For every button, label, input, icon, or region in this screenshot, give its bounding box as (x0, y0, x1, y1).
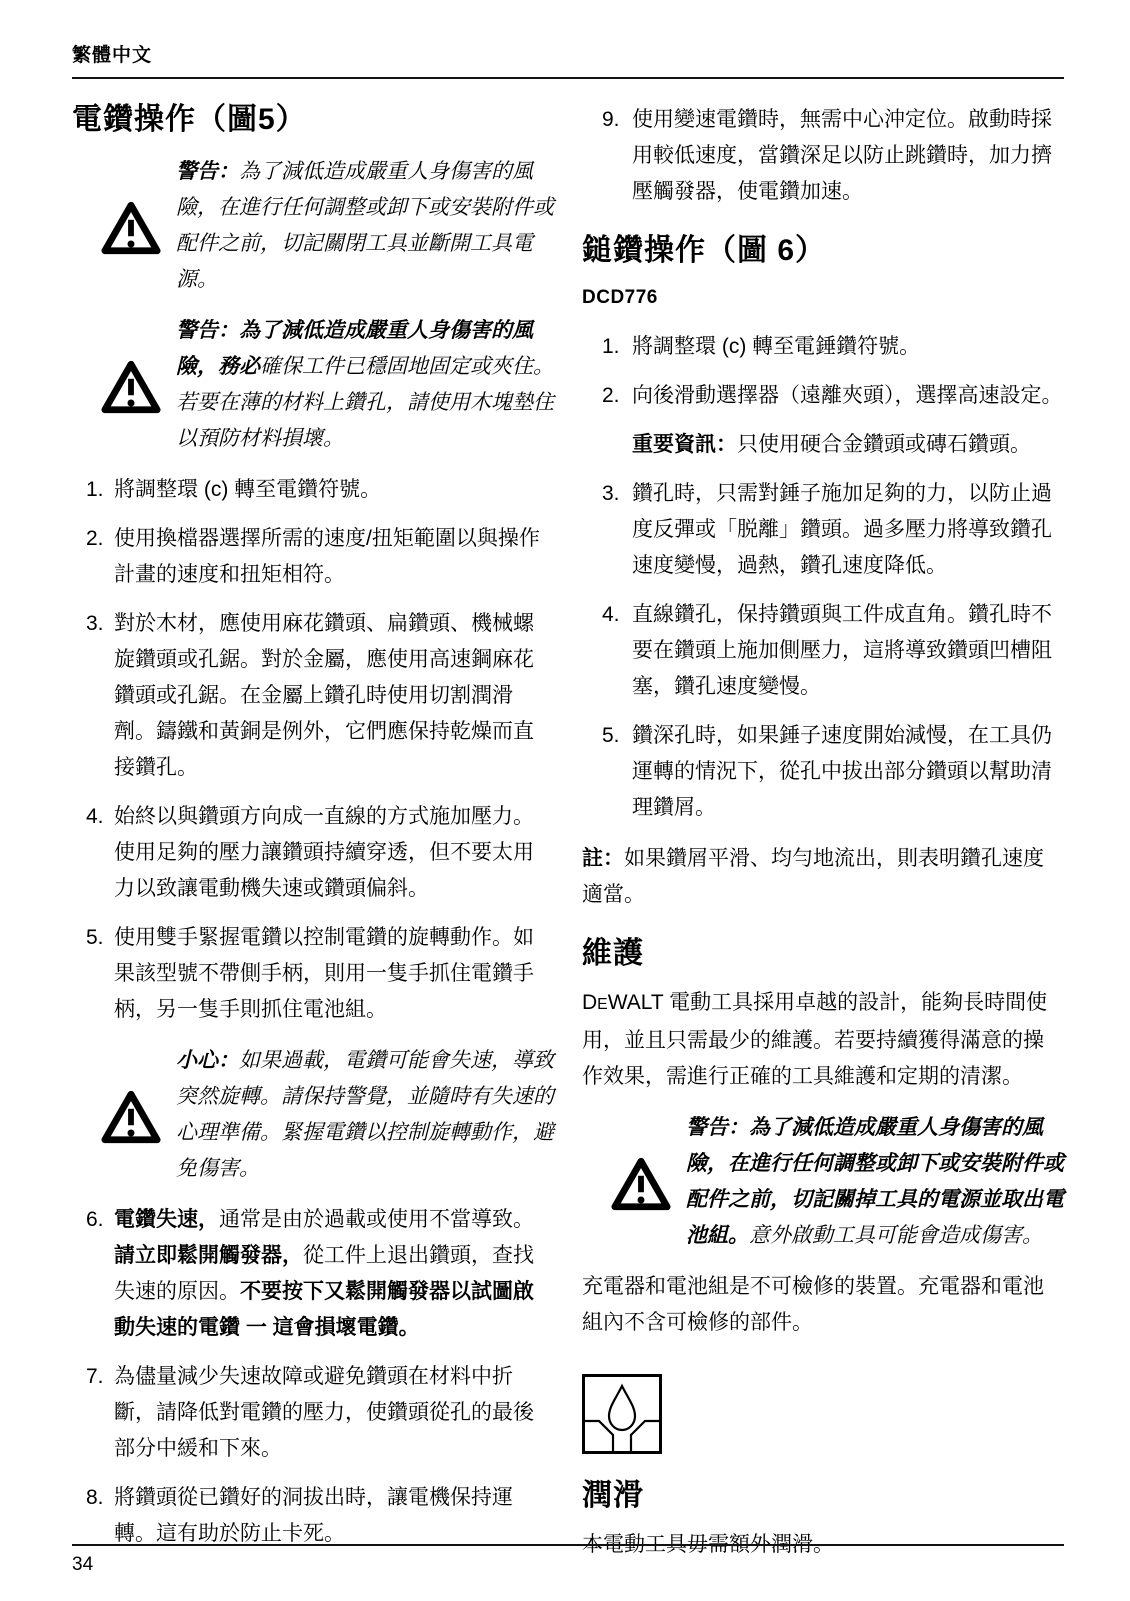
list-text: 對於木材，應使用麻花鑽頭、扁鑽頭、機械螺旋鑽頭或孔鋸。對於金屬，應使用高速鋼麻花… (114, 606, 554, 786)
brand-letters: WALT (608, 991, 664, 1014)
important-label: 重要資訊： (632, 433, 737, 456)
warning-block: 警告：為了減低造成嚴重人身傷害的風險，在進行任何調整或卸下或安裝附件或配件之前，… (610, 1110, 1064, 1254)
list-number: 1. (602, 329, 632, 365)
list-number: 1. (86, 472, 114, 508)
list-item: 1. 將調整環 (c) 轉至電錘鑽符號。 (582, 329, 1064, 365)
list-item: 2. 向後滑動選擇器（遠離夾頭），選擇高速設定。 (582, 378, 1064, 414)
language-header: 繁體中文 (72, 0, 1064, 67)
list-number: 3. (602, 476, 632, 584)
list-text: 鑽深孔時，如果錘子速度開始減慢，在工具仍運轉的情況下，從孔中拔出部分鑽頭以幫助清… (632, 718, 1064, 826)
list-text: 使用換檔器選擇所需的速度/扭矩範圍以與操作計畫的速度和扭矩相符。 (114, 521, 554, 593)
two-column-layout: 電鑽操作（圖5） 警告：為了減低造成嚴重人身傷害的風險，在進行任何調整或卸下或安… (72, 93, 1064, 1563)
maintenance-intro: DEWALT 電動工具採用卓越的設計，能夠長時間使用，並且只需最少的維護。若要持… (582, 985, 1064, 1095)
list-number: 2. (86, 521, 114, 593)
list-text: 為儘量減少失速故障或避免鑽頭在材料中折斷，請降低對電鑽的壓力，使鑽頭從孔的最後部… (114, 1359, 554, 1467)
section-heading-hammer-operation: 鎚鑽操作（圖 6） (582, 232, 1064, 270)
list-text: 使用變速電鑽時，無需中心沖定位。啟動時採用較低速度，當鑽深足以防止跳鑽時，加力擠… (632, 102, 1064, 210)
list-text: 電鑽失速，通常是由於過載或使用不當導致。請立即鬆開觸發器，從工件上退出鑽頭，查找… (114, 1202, 554, 1346)
warning-text: 警告：為了減低造成嚴重人身傷害的風險，在進行任何調整或卸下或安裝附件或配件之前，… (686, 1110, 1064, 1254)
brand-letter-smallcap: E (597, 996, 608, 1013)
list-item: 6. 電鑽失速，通常是由於過載或使用不當導致。請立即鬆開觸發器，從工件上退出鑽頭… (72, 1202, 554, 1346)
list-number: 7. (86, 1359, 114, 1467)
section-heading-lubrication: 潤滑 (582, 1477, 1064, 1515)
warning-triangle-icon (100, 159, 162, 298)
list-item: 3. 對於木材，應使用麻花鑽頭、扁鑽頭、機械螺旋鑽頭或孔鋸。對於金屬，應使用高速… (72, 606, 554, 786)
list-text: 向後滑動選擇器（遠離夾頭），選擇高速設定。 (632, 378, 1064, 414)
list-text: 使用雙手緊握電鑽以控制電鑽的旋轉動作。如果該型號不帶側手柄，則用一隻手抓住電鑽手… (114, 920, 554, 1028)
warning-triangle-icon (100, 318, 162, 457)
brand-name: DEWALT (582, 991, 663, 1014)
note-paragraph: 註：如果鑽屑平滑、均勻地流出，則表明鑽孔速度適當。 (582, 841, 1064, 913)
footer-rule (72, 1544, 1064, 1546)
warning-text: 警告：為了減低造成嚴重人身傷害的風險，務必確保工件已穩固地固定或夾住。若要在薄的… (176, 313, 554, 457)
emphasis-text: 請立即鬆開觸發器， (114, 1244, 303, 1267)
list-item: 3. 鑽孔時，只需對錘子施加足夠的力，以防止過度反彈或「脱離」鑽頭。過多壓力將導… (582, 476, 1064, 584)
list-item: 9. 使用變速電鑽時，無需中心沖定位。啟動時採用較低速度，當鑽深足以防止跳鑽時，… (582, 102, 1064, 210)
list-text: 將調整環 (c) 轉至電錘鑽符號。 (632, 329, 1064, 365)
list-text: 鑽孔時，只需對錘子施加足夠的力，以防止過度反彈或「脱離」鑽頭。過多壓力將導致鑽孔… (632, 476, 1064, 584)
page-number: 34 (72, 1554, 1064, 1576)
list-number: 2. (602, 378, 632, 414)
warning-label: 警告： (176, 160, 239, 183)
warning-block: 警告：為了減低造成嚴重人身傷害的風險，在進行任何調整或卸下或安裝附件或配件之前，… (100, 154, 554, 298)
note-body: 如果鑽屑平滑、均勻地流出，則表明鑽孔速度適當。 (582, 847, 1044, 906)
page-footer: 34 (72, 1534, 1064, 1576)
page-content: 繁體中文 電鑽操作（圖5） 警告：為了減低造成嚴重人身傷害的風險，在進行任何調整… (72, 0, 1064, 1563)
list-item: 1. 將調整環 (c) 轉至電鑽符號。 (72, 472, 554, 508)
emphasis-text: 電鑽失速， (114, 1208, 219, 1231)
list-item: 4. 直線鑽孔，保持鑽頭與工件成直角。鑽孔時不要在鑽頭上施加側壓力，這將導致鑽頭… (582, 597, 1064, 705)
list-item: 5. 鑽深孔時，如果錘子速度開始減慢，在工具仍運轉的情況下，從孔中拔出部分鑽頭以… (582, 718, 1064, 826)
important-body: 只使用硬合金鑽頭或磚石鑽頭。 (737, 433, 1031, 456)
list-text: 始終以與鑽頭方向成一直線的方式施加壓力。使用足夠的壓力讓鑽頭持續穿透，但不要太用… (114, 799, 554, 907)
caution-label: 小心： (176, 1049, 239, 1072)
list-item: 5. 使用雙手緊握電鑽以控制電鑽的旋轉動作。如果該型號不帶側手柄，則用一隻手抓住… (72, 920, 554, 1028)
list-text: 直線鑽孔，保持鑽頭與工件成直角。鑽孔時不要在鑽頭上施加側壓力，這將導致鑽頭凹槽阻… (632, 597, 1064, 705)
list-number: 5. (602, 718, 632, 826)
list-number: 6. (86, 1202, 114, 1346)
charger-note: 充電器和電池組是不可檢修的裝置。充電器和電池組內不含可檢修的部件。 (582, 1269, 1064, 1341)
list-item: 4. 始終以與鑽頭方向成一直線的方式施加壓力。使用足夠的壓力讓鑽頭持續穿透，但不… (72, 799, 554, 907)
caution-block: 小心：如果過載，電鑽可能會失速，導致突然旋轉。請保持警覺，並隨時有失速的心理準備… (100, 1043, 554, 1187)
list-number: 4. (86, 799, 114, 907)
warning-block: 警告：為了減低造成嚴重人身傷害的風險，務必確保工件已穩固地固定或夾住。若要在薄的… (100, 313, 554, 457)
section-heading-maintenance: 維護 (582, 935, 1064, 973)
list-item: 2. 使用換檔器選擇所需的速度/扭矩範圍以與操作計畫的速度和扭矩相符。 (72, 521, 554, 593)
caution-text: 小心：如果過載，電鑽可能會失速，導致突然旋轉。請保持警覺，並隨時有失速的心理準備… (176, 1043, 554, 1187)
warning-triangle-icon (100, 1048, 162, 1187)
body-text: 通常是由於過載或使用不當導致。 (219, 1208, 534, 1231)
list-number: 4. (602, 597, 632, 705)
list-number: 9. (602, 102, 632, 210)
warning-body: 意外啟動工具可能會造成傷害。 (749, 1224, 1043, 1247)
warning-triangle-icon (610, 1115, 672, 1254)
right-column: 9. 使用變速電鑽時，無需中心沖定位。啟動時採用較低速度，當鑽深足以防止跳鑽時，… (582, 93, 1064, 1563)
left-column: 電鑽操作（圖5） 警告：為了減低造成嚴重人身傷害的風險，在進行任何調整或卸下或安… (72, 93, 554, 1563)
important-info: 重要資訊：只使用硬合金鑽頭或磚石鑽頭。 (632, 427, 1064, 463)
note-label: 註： (582, 847, 624, 870)
list-number: 5. (86, 920, 114, 1028)
list-number: 3. (86, 606, 114, 786)
section-heading-drill-operation: 電鑽操作（圖5） (72, 101, 554, 139)
list-item: 7. 為儘量減少失速故障或避免鑽頭在材料中折斷，請降低對電鑽的壓力，使鑽頭從孔的… (72, 1359, 554, 1467)
list-text: 將調整環 (c) 轉至電鑽符號。 (114, 472, 554, 508)
warning-text: 警告：為了減低造成嚴重人身傷害的風險，在進行任何調整或卸下或安裝附件或配件之前，… (176, 154, 554, 298)
brand-letter: D (582, 991, 597, 1014)
header-rule (72, 77, 1064, 79)
lubrication-icon (582, 1373, 662, 1455)
model-number: DCD776 (582, 280, 1064, 316)
